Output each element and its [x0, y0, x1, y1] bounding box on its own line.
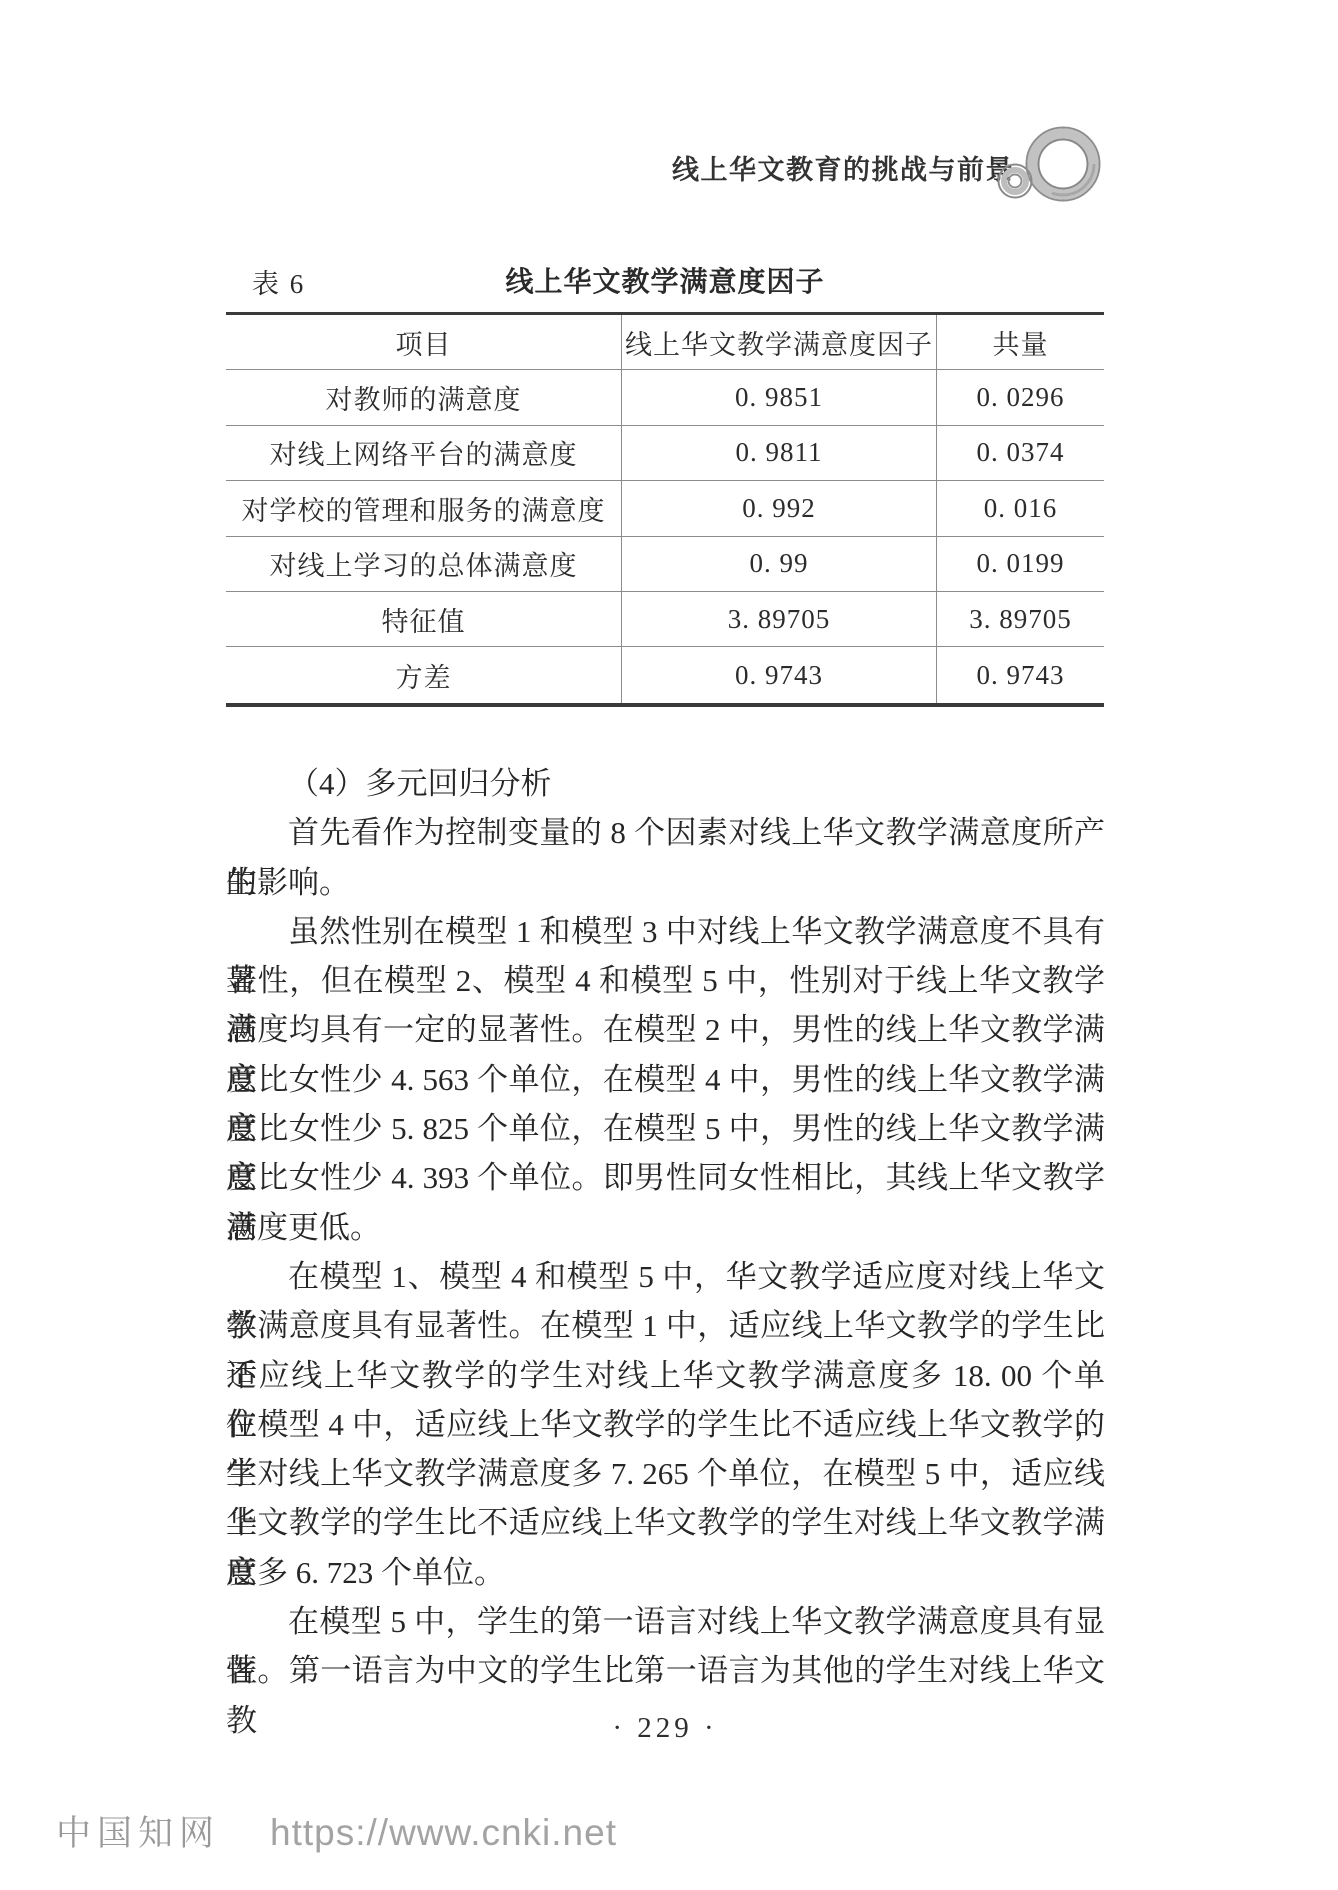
table-caption-row: 表 6 线上华文教学满意度因子 — [226, 258, 1104, 302]
body-text-line: 度比女性少 5. 825 个单位，在模型 5 中，男性的线上华文教学满意 — [226, 1104, 1105, 1153]
body-text-line: 著性，但在模型 2、模型 4 和模型 5 中，性别对于线上华文教学满 — [226, 956, 1105, 1005]
cnki-watermark-text: 中国知网 — [56, 1806, 220, 1856]
table-cell: 0. 9743 — [936, 647, 1104, 702]
body-text-line: 的影响。 — [226, 858, 1105, 907]
table-cell: 0. 0199 — [936, 537, 1104, 592]
body-text-line: 首先看作为控制变量的 8 个因素对线上华文教学满意度所产生 — [226, 808, 1105, 857]
table-cell: 0. 9851 — [621, 370, 936, 425]
document-page: 线上华文教育的挑战与前景 表 6 线上华文教学满意度因子 项目线上华文教学满意度… — [0, 0, 1338, 1890]
body-text-line: 适应线上华文教学的学生对线上华文教学满意度多 18. 00 个单位， — [226, 1351, 1105, 1400]
table-cell: 对线上学习的总体满意度 — [226, 537, 621, 592]
body-text-line: 在模型 4 中，适应线上华文教学的学生比不适应线上华文教学的学 — [226, 1400, 1105, 1449]
body-text-line: 意度均具有一定的显著性。在模型 2 中，男性的线上华文教学满意 — [226, 1005, 1105, 1054]
table-cell: 3. 89705 — [936, 592, 1104, 647]
table-cell: 0. 9811 — [621, 426, 936, 481]
body-text-line: 生对线上华文教学满意度多 7. 265 个单位，在模型 5 中，适应线上 — [226, 1449, 1105, 1498]
table-cell: 0. 016 — [936, 481, 1104, 536]
satisfaction-factor-table: 项目线上华文教学满意度因子共量对教师的满意度0. 98510. 0296对线上网… — [226, 312, 1104, 707]
body-text-line: 性。第一语言为中文的学生比第一语言为其他的学生对线上华文教 — [226, 1646, 1105, 1695]
page-number: · 229 · — [226, 1712, 1104, 1745]
body-text: （4）多元回归分析首先看作为控制变量的 8 个因素对线上华文教学满意度所产生的影… — [226, 759, 1105, 1696]
table-cell: 对学校的管理和服务的满意度 — [226, 481, 621, 536]
body-text-line: 华文教学的学生比不适应线上华文教学的学生对线上华文教学满意 — [226, 1498, 1105, 1547]
body-text-line: 在模型 1、模型 4 和模型 5 中，华文教学适应度对线上华文教 — [226, 1252, 1105, 1301]
table-cell: 0. 992 — [621, 481, 936, 536]
body-text-line: 学满意度具有显著性。在模型 1 中，适应线上华文教学的学生比不 — [226, 1301, 1105, 1350]
body-text-line: 度多 6. 723 个单位。 — [226, 1548, 1105, 1597]
table-column-header: 共量 — [936, 315, 1104, 370]
body-text-line: 度比女性少 4. 393 个单位。即男性同女性相比，其线上华文教学满 — [226, 1153, 1105, 1202]
cnki-url-text: https://www.cnki.net — [270, 1812, 617, 1854]
body-text-line: 虽然性别在模型 1 和模型 3 中对线上华文教学满意度不具有显 — [226, 907, 1105, 956]
table-cell: 0. 0296 — [936, 370, 1104, 425]
table-column-header: 线上华文教学满意度因子 — [621, 315, 936, 370]
table-cell: 0. 99 — [621, 537, 936, 592]
cnki-rings-icon — [986, 116, 1116, 218]
table-cell: 方差 — [226, 647, 621, 702]
table-cell: 0. 9743 — [621, 647, 936, 702]
table-column-header: 项目 — [226, 315, 621, 370]
table-cell: 3. 89705 — [621, 592, 936, 647]
table-cell: 对线上网络平台的满意度 — [226, 426, 621, 481]
table-cell: 0. 0374 — [936, 426, 1104, 481]
footer-watermark-bar: 中国知网 https://www.cnki.net — [56, 1806, 617, 1856]
table-cell: 特征值 — [226, 592, 621, 647]
running-head-title: 线上华文教育的挑战与前景 — [672, 148, 990, 187]
body-text-line: 在模型 5 中，学生的第一语言对线上华文教学满意度具有显著 — [226, 1597, 1105, 1646]
body-text-line: 度比女性少 4. 563 个单位，在模型 4 中，男性的线上华文教学满意 — [226, 1055, 1105, 1104]
body-text-line: （4）多元回归分析 — [226, 759, 1105, 808]
table-title: 线上华文教学满意度因子 — [226, 260, 1104, 300]
body-text-line: 意度更低。 — [226, 1203, 1105, 1252]
table-cell: 对教师的满意度 — [226, 370, 621, 425]
